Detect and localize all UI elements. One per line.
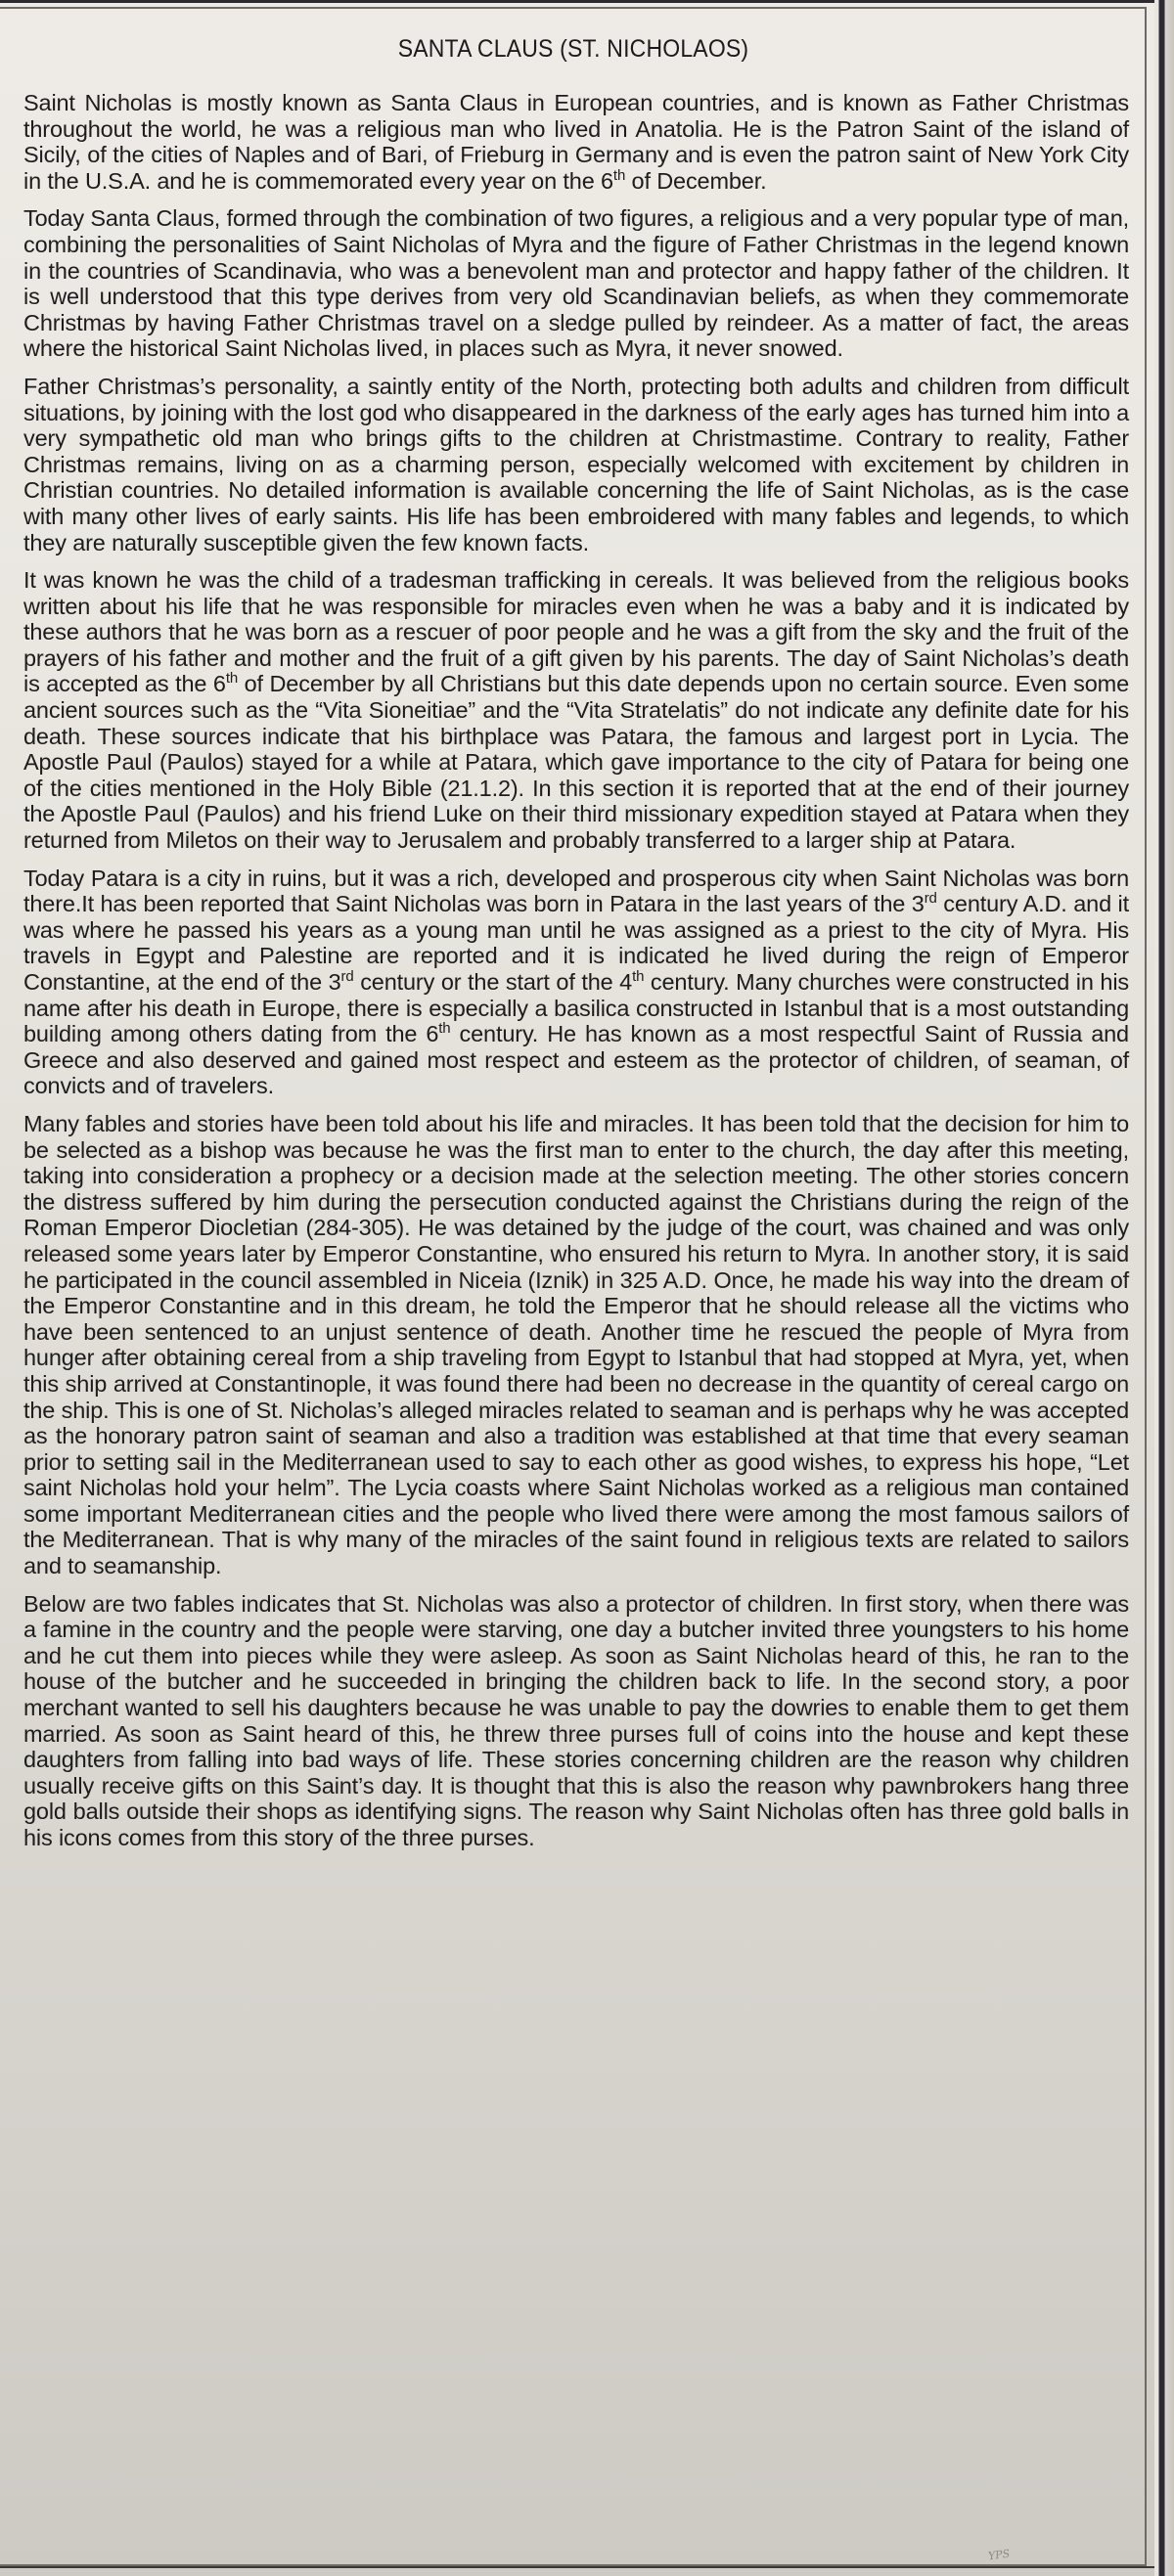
page-title: SANTA CLAUS (ST. NICHOLAOS) <box>46 35 1101 64</box>
paragraph-santa-claus-origins: Today Santa Claus, formed through the co… <box>23 205 1129 362</box>
paragraph-patara-today: Today Patara is a city in ruins, but it … <box>23 866 1129 1099</box>
paragraph-fables-and-miracles: Many fables and stories have been told a… <box>23 1111 1129 1579</box>
paragraph-protector-of-children: Below are two fables indicates that St. … <box>23 1591 1129 1851</box>
top-frame-rule <box>0 0 1174 3</box>
paragraph-birth-and-patara: It was known he was the child of a trade… <box>23 567 1129 854</box>
ordinal-superscript: rd <box>341 968 354 985</box>
ordinal-superscript: th <box>632 968 644 985</box>
paragraph-intro: Saint Nicholas is mostly known as Santa … <box>23 90 1129 194</box>
bottom-frame-rule <box>0 2566 1154 2568</box>
paragraph-father-christmas: Father Christmas’s personality, a saintl… <box>23 374 1129 555</box>
document-body: Saint Nicholas is mostly known as Santa … <box>23 90 1129 1863</box>
right-frame-edge <box>1154 0 1174 2576</box>
ordinal-superscript: th <box>613 167 625 184</box>
ordinal-superscript: rd <box>925 890 937 907</box>
ordinal-superscript: th <box>226 670 238 687</box>
ordinal-superscript: th <box>438 1020 450 1037</box>
